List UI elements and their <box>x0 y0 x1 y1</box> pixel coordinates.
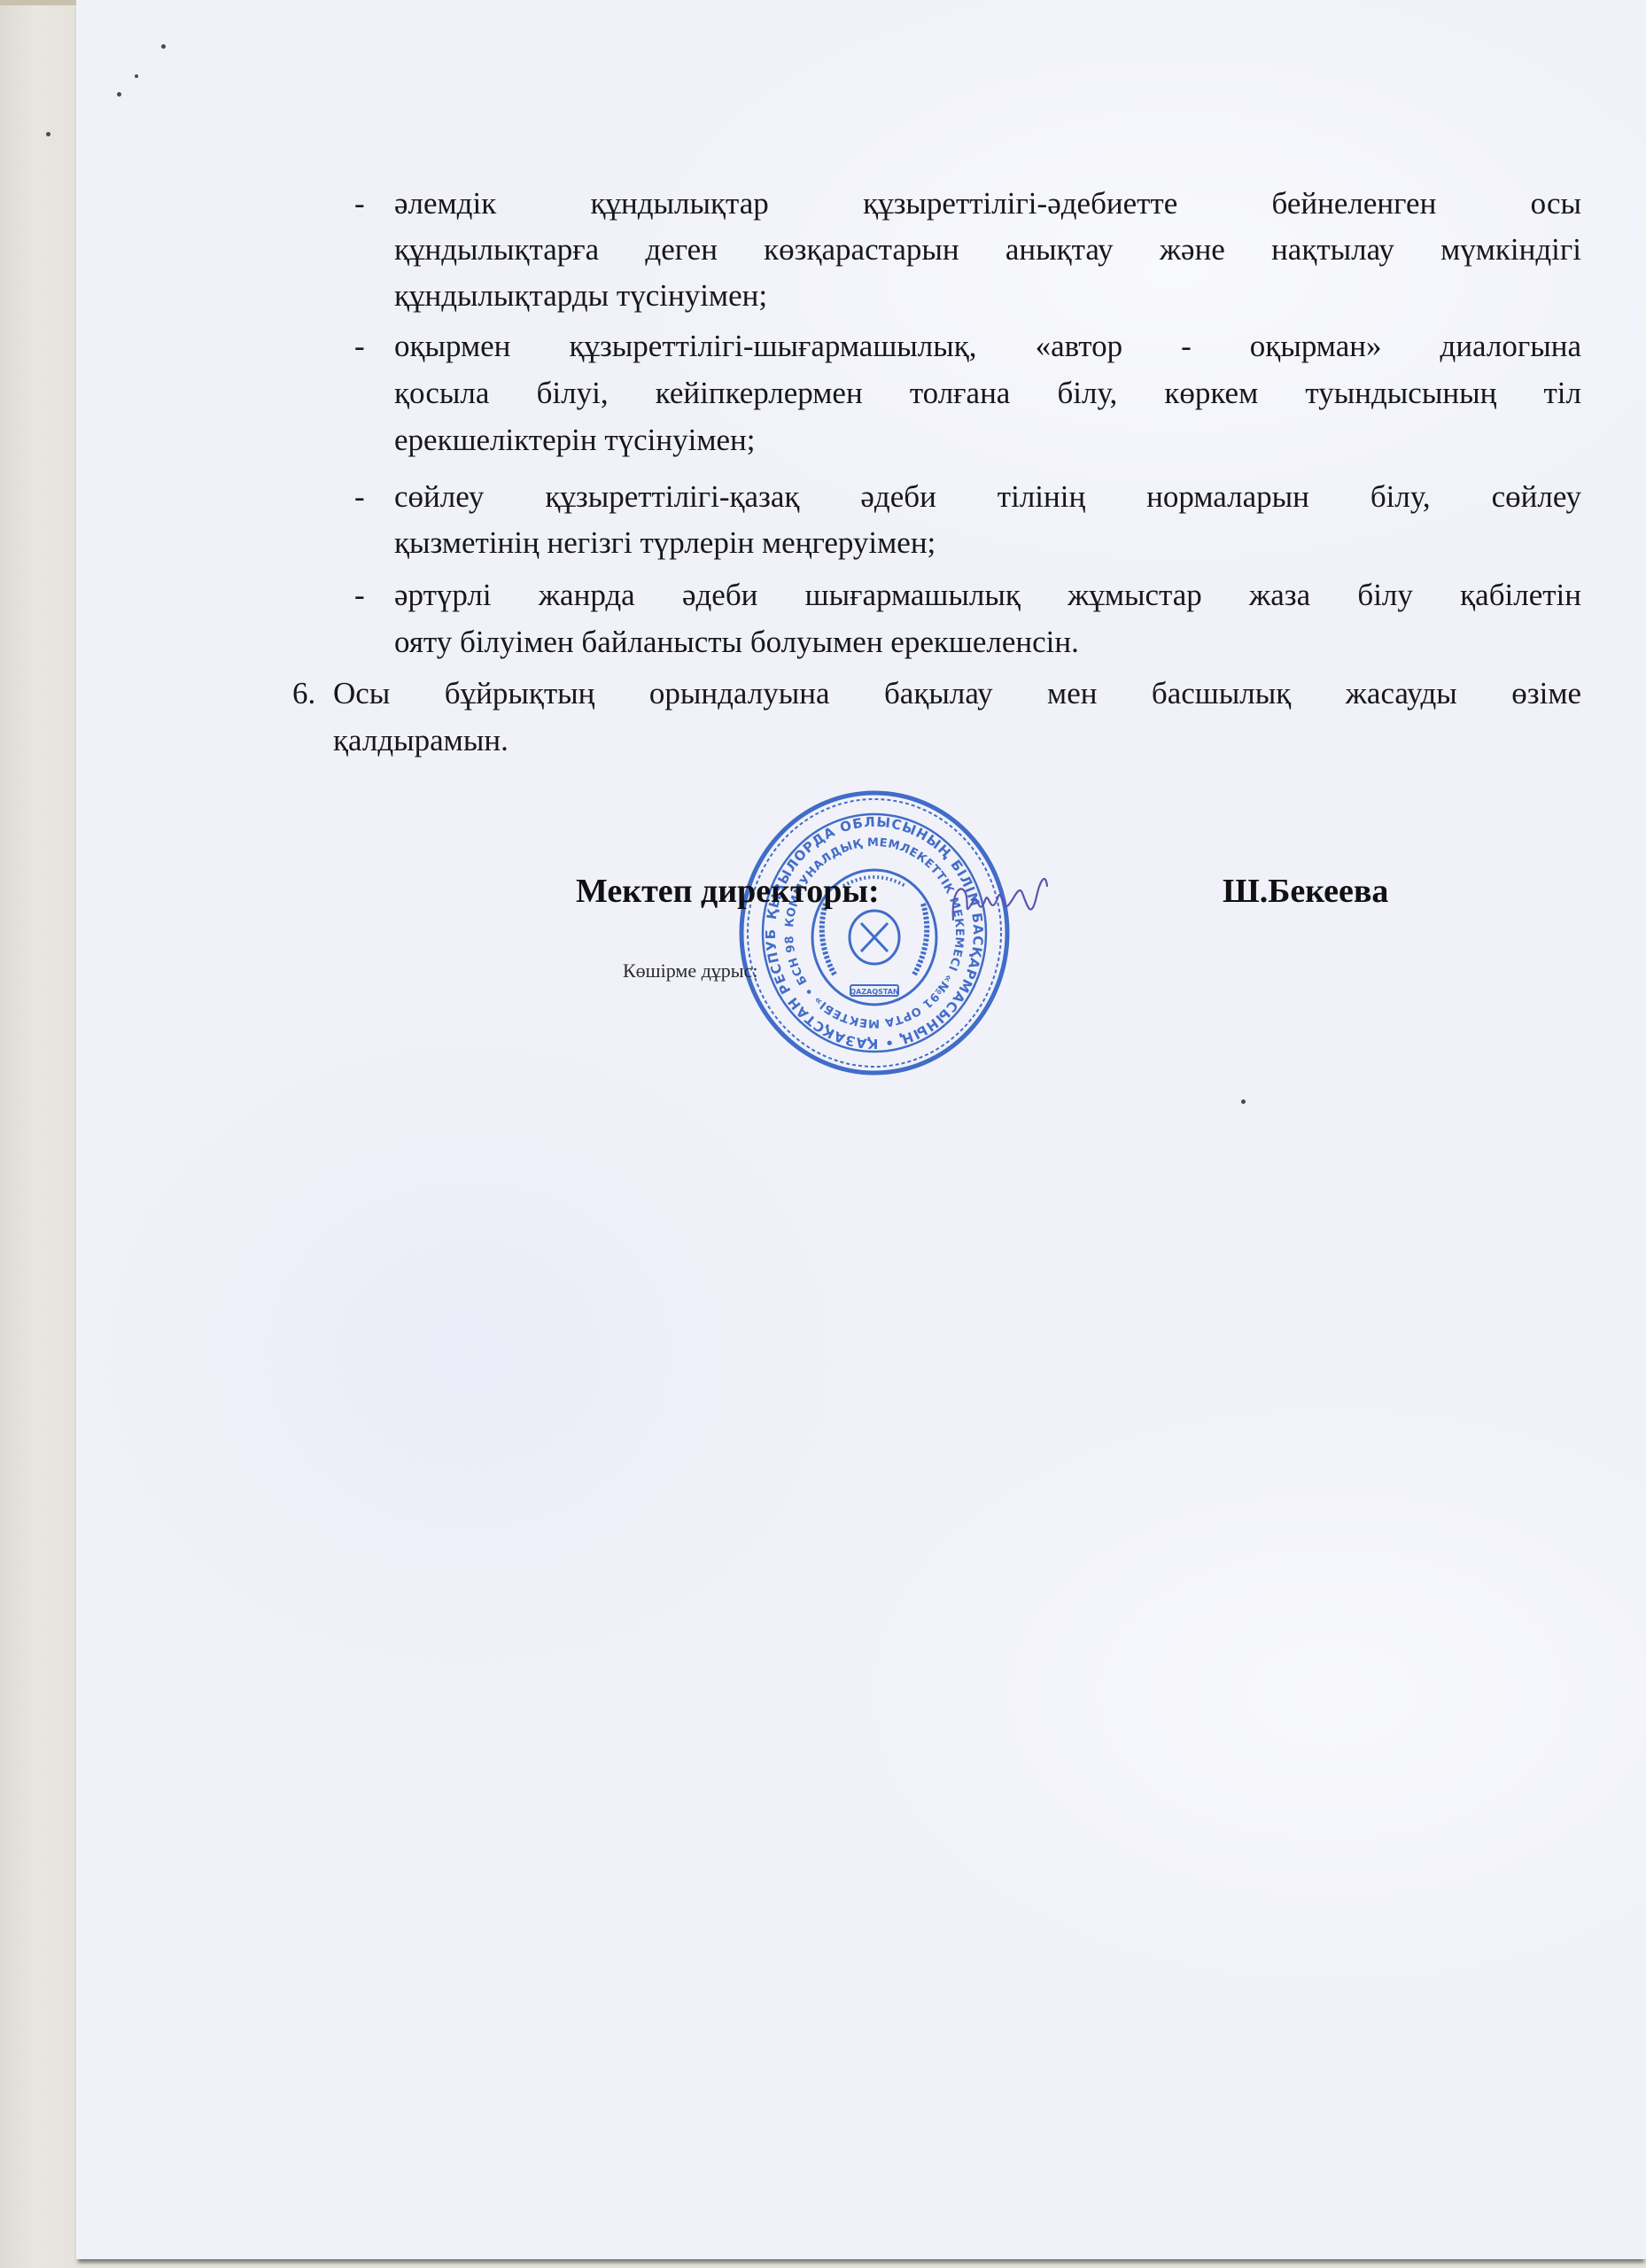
bullet-2-line-1: оқырмен құзыреттілігі-шығармашылық, «авт… <box>394 323 1581 369</box>
bullet-2-line-3: ерекшеліктерін түсінуімен; <box>394 417 755 463</box>
item-number: 6. <box>292 671 315 717</box>
signatory-title: Мектеп директоры: <box>576 870 880 913</box>
signatory-name: Ш.Бекеева <box>1223 870 1388 913</box>
dust-speck <box>135 74 138 78</box>
svg-text:QAZAQSTAN: QAZAQSTAN <box>850 988 898 996</box>
bullet-marker: - <box>354 474 365 520</box>
bullet-marker: - <box>354 181 365 227</box>
bullet-1-line-2: құндылықтарға деген көзқарастарын анықта… <box>394 227 1581 273</box>
bullet-1-line-1: әлемдік құндылықтар құзыреттілігі-әдебие… <box>394 181 1581 227</box>
dust-speck <box>117 92 121 97</box>
dust-speck <box>161 44 166 49</box>
dust-speck <box>46 132 50 136</box>
item-6-line-2: қалдырамын. <box>333 718 509 764</box>
bullet-4-line-2: ояту білуімен байланысты болуымен ерекше… <box>394 619 1079 665</box>
bullet-4-line-1: әртүрлі жанрда әдеби шығармашылық жұмыст… <box>394 572 1581 618</box>
bullet-3-line-2: қызметінің негізгі түрлерін меңгеруімен; <box>394 520 936 566</box>
bullet-1-line-3: құндылықтарды түсінуімен; <box>394 273 767 319</box>
dust-speck <box>1241 1099 1246 1104</box>
handwritten-signature <box>948 866 1054 937</box>
item-6-line-1: Осы бұйрықтың орындалуына бақылау мен ба… <box>333 671 1581 717</box>
bullet-marker: - <box>354 572 365 618</box>
bullet-3-line-1: сөйлеу құзыреттілігі-қазақ әдеби тілінің… <box>394 474 1581 520</box>
bullet-marker: - <box>354 323 365 369</box>
bullet-2-line-2: қосыла білуі, кейіпкерлермен толғана біл… <box>394 370 1581 416</box>
copy-certified-note: Көшірме дұрыс: <box>623 958 757 984</box>
